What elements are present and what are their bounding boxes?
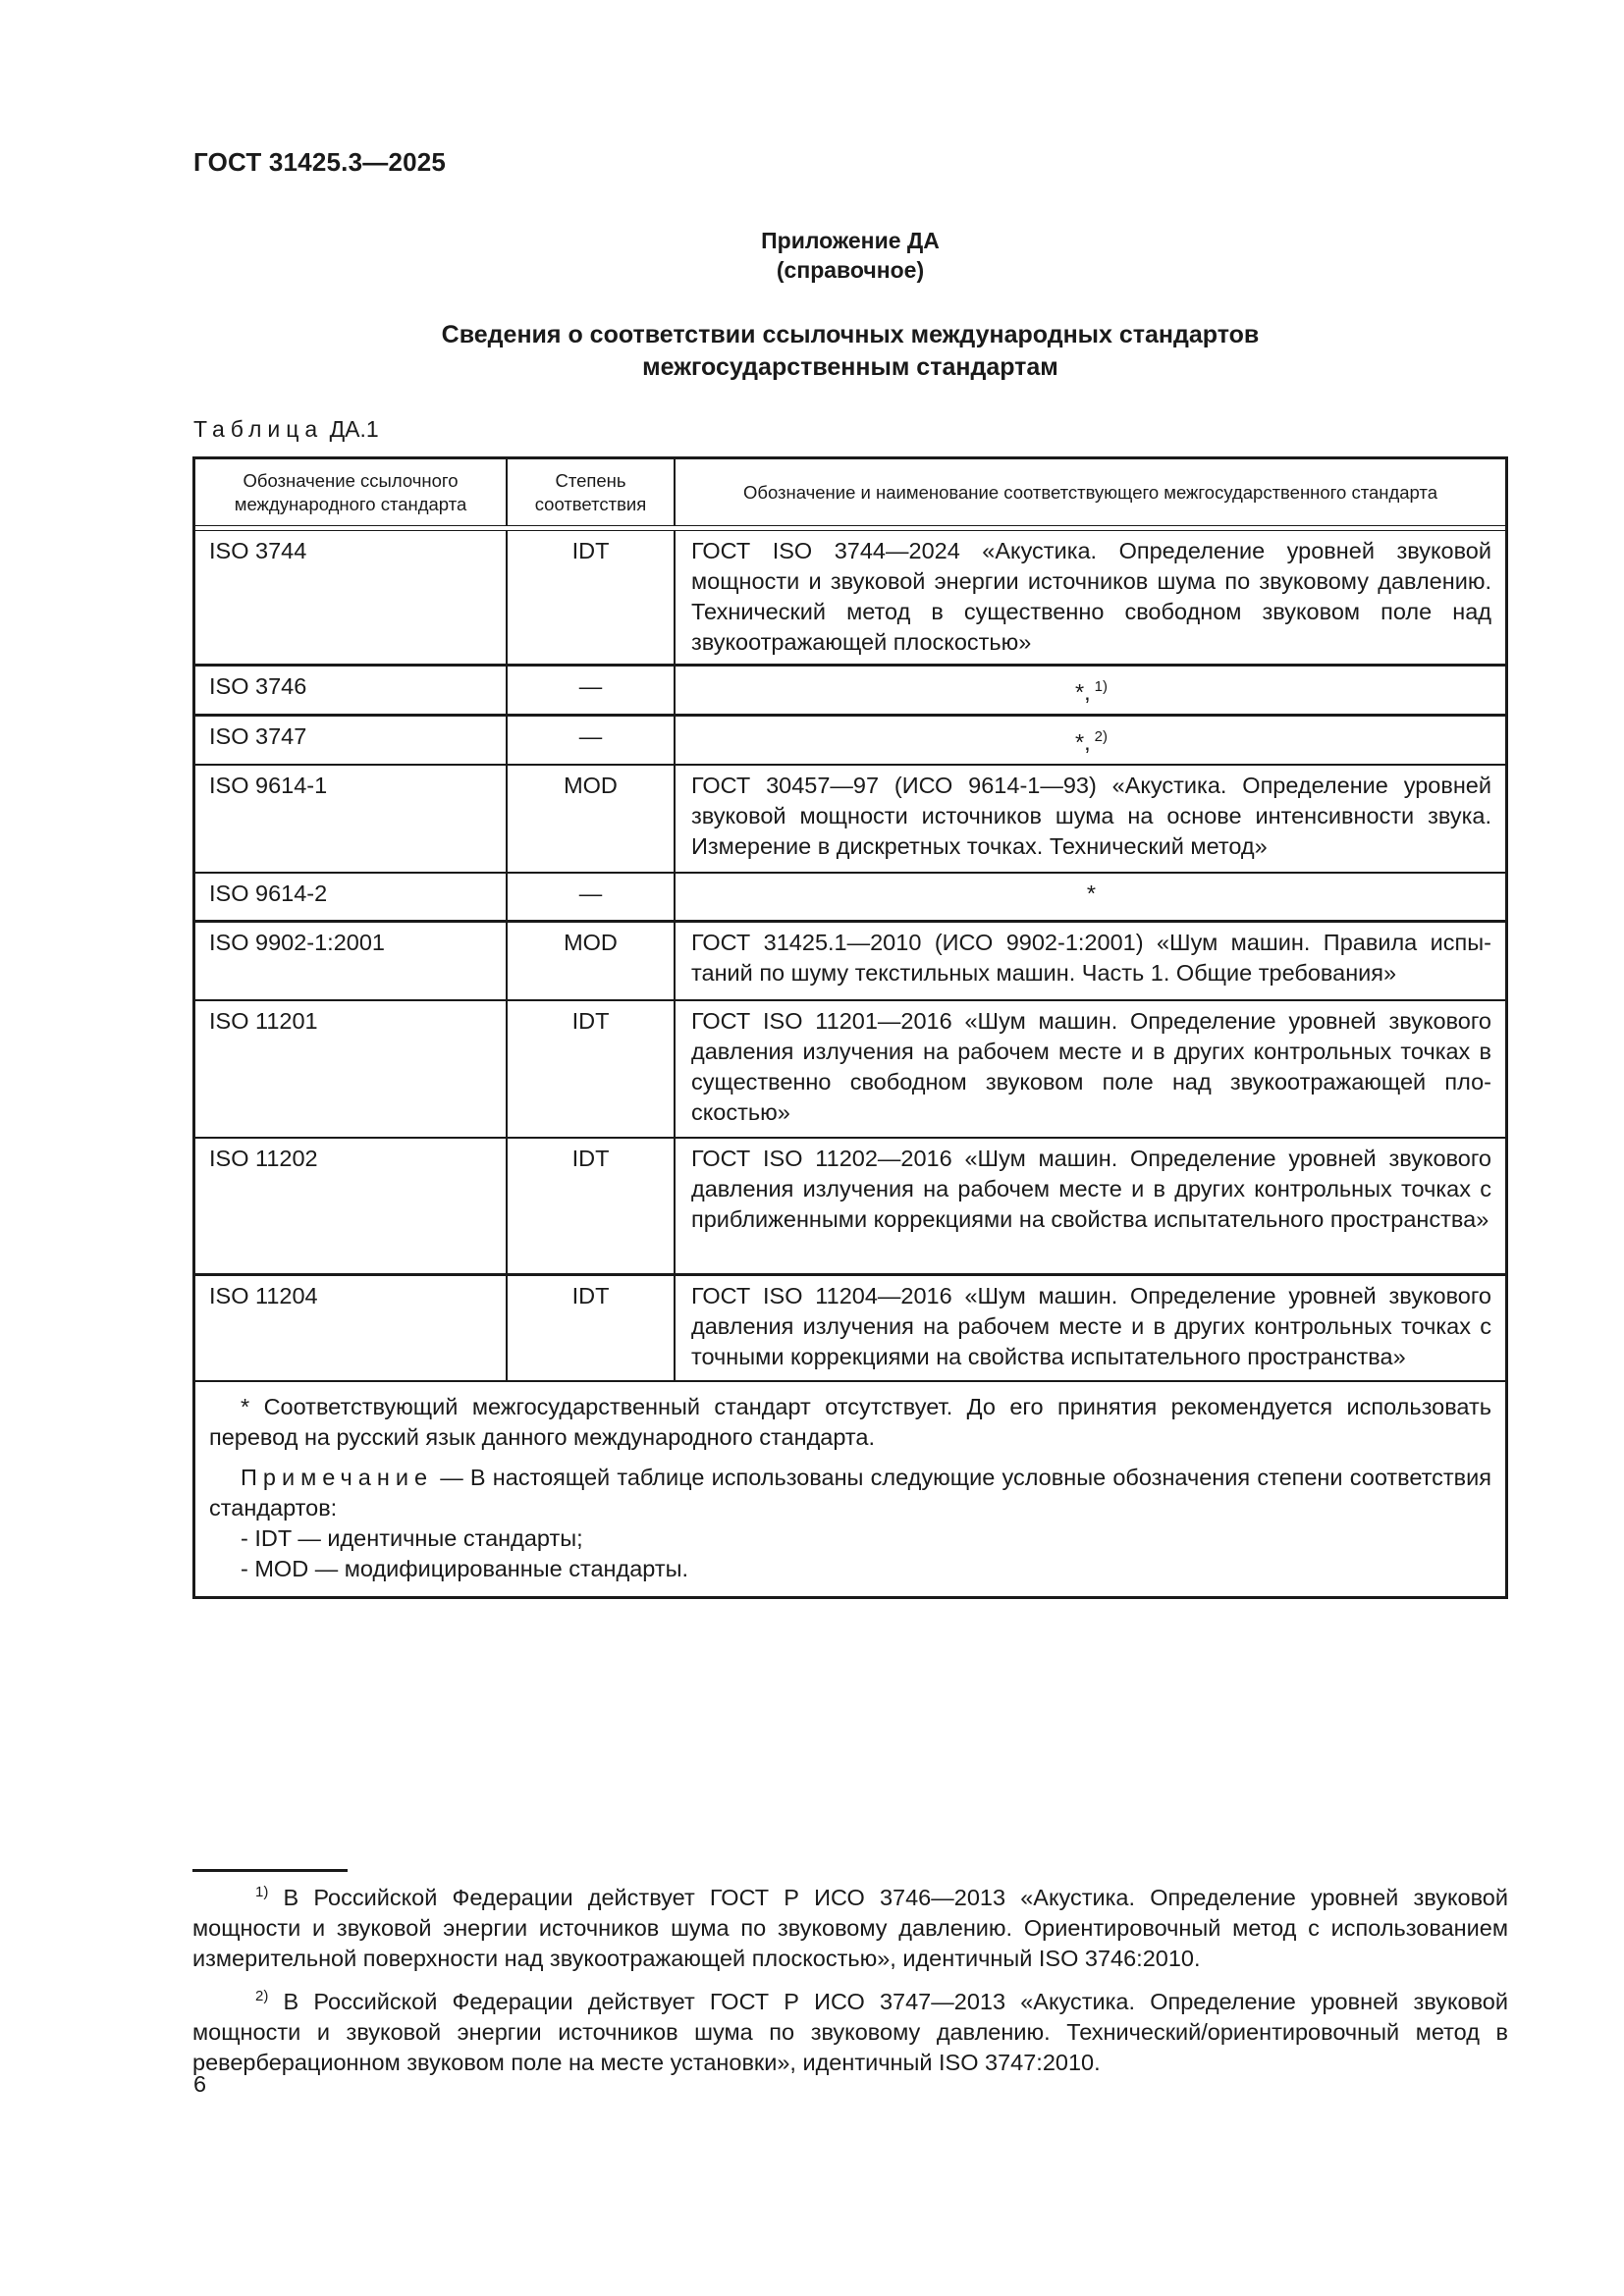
table-row: ISO 9614-2—* xyxy=(195,874,1505,923)
table-caption-word: Таблица xyxy=(193,416,323,442)
cell-national-standard: *,1) xyxy=(676,667,1505,714)
footnote-separator xyxy=(192,1869,348,1872)
title-line-2: межгосударственным стандартам xyxy=(192,351,1508,384)
correspondence-table: Обозначение ссылочного международного ст… xyxy=(192,456,1508,1599)
national-standard-text: *, xyxy=(1075,679,1091,705)
table-row: ISO 11202IDTГОСТ ISO 11202—2016 «Шум маш… xyxy=(195,1139,1505,1276)
table-row: ISO 3747—*,2) xyxy=(195,717,1505,766)
cell-intl-standard: ISO 11201 xyxy=(195,1001,508,1137)
footnote-ref[interactable]: 1) xyxy=(1095,678,1108,695)
note-label: Примечание xyxy=(241,1465,433,1490)
footnote-ref[interactable]: 2) xyxy=(1095,728,1108,745)
cell-degree: — xyxy=(508,667,676,714)
cell-intl-standard: ISO 11202 xyxy=(195,1139,508,1273)
title-line-1: Сведения о соответствии ссылочных междун… xyxy=(192,319,1508,351)
table-body: ISO 3744IDTГОСТ ISO 3744—2024 «Акустика.… xyxy=(195,531,1505,1382)
cell-intl-standard: ISO 9902-1:2001 xyxy=(195,923,508,999)
cell-national-standard: ГОСТ ISO 11202—2016 «Шум машин. Определе… xyxy=(676,1139,1505,1273)
cell-national-standard: *,2) xyxy=(676,717,1505,764)
table-row: ISO 9902-1:2001MODГОСТ 31425.1—2010 (ИСО… xyxy=(195,923,1505,1001)
table-row: ISO 9614-1MODГОСТ 30457—97 (ИСО 9614-1—9… xyxy=(195,766,1505,874)
cell-degree: IDT xyxy=(508,1001,676,1137)
table-caption: Таблица ДА.1 xyxy=(193,416,379,443)
cell-degree: MOD xyxy=(508,923,676,999)
cell-degree: IDT xyxy=(508,1139,676,1273)
footnote-2: 2) В Российской Федерации действует ГОСТ… xyxy=(192,1981,1508,2078)
header-intl-standard: Обозначение ссылочного международного ст… xyxy=(195,459,508,525)
cell-degree: IDT xyxy=(508,531,676,664)
table-notes: * Соответствующий межгосударственный ста… xyxy=(195,1382,1505,1596)
footnote-2-mark: 2) xyxy=(255,1988,268,2004)
annex-kind: (справочное) xyxy=(192,255,1508,285)
table-row: ISO 11201IDTГОСТ ISO 11201—2016 «Шум маш… xyxy=(195,1001,1505,1139)
cell-degree: MOD xyxy=(508,766,676,872)
cell-degree: IDT xyxy=(508,1276,676,1380)
cell-national-standard: ГОСТ ISO 3744—2024 «Акустика. Определени… xyxy=(676,531,1505,664)
national-standard-text: ГОСТ ISO 3744—2024 «Акустика. Определени… xyxy=(691,538,1491,655)
cell-intl-standard: ISO 3746 xyxy=(195,667,508,714)
cell-intl-standard: ISO 9614-1 xyxy=(195,766,508,872)
footnote-1: 1) В Российской Федерации действует ГОСТ… xyxy=(192,1877,1508,1974)
national-standard-text: ГОСТ ISO 11202—2016 «Шум машин. Определе… xyxy=(691,1146,1491,1232)
table-row: ISO 3746—*,1) xyxy=(195,667,1505,717)
header-degree: Степень соответствия xyxy=(508,459,676,525)
page-title: Сведения о соответствии ссылочных междун… xyxy=(192,319,1508,384)
note-paragraph: Примечание — В настоящей таблице использ… xyxy=(209,1463,1491,1523)
cell-intl-standard: ISO 11204 xyxy=(195,1276,508,1380)
legend-mod: - MOD — модифицированные стандарты. xyxy=(209,1554,1491,1584)
cell-intl-standard: ISO 9614-2 xyxy=(195,874,508,920)
header-national-standard: Обозначение и наименование соответствующ… xyxy=(676,459,1505,525)
cell-degree: — xyxy=(508,717,676,764)
national-standard-text: ГОСТ ISO 11201—2016 «Шум машин. Определе… xyxy=(691,1008,1491,1125)
footnote-1-text: В Российской Федерации действует ГОСТ Р … xyxy=(192,1885,1508,1971)
national-standard-text: ГОСТ ISO 11204—2016 «Шум машин. Определе… xyxy=(691,1283,1491,1369)
annex-label: Приложение ДА xyxy=(192,226,1508,255)
footnote-2-text: В Российской Федерации действует ГОСТ Р … xyxy=(192,1989,1508,2075)
national-standard-text: ГОСТ 30457—97 (ИСО 9614-1—93) «Акустика.… xyxy=(691,773,1491,859)
page-number: 6 xyxy=(193,2071,206,2098)
national-standard-text: ГОСТ 31425.1—2010 (ИСО 9902-1:2001) «Шум… xyxy=(691,930,1491,986)
table-row: ISO 3744IDTГОСТ ISO 3744—2024 «Акустика.… xyxy=(195,531,1505,667)
cell-national-standard: ГОСТ 30457—97 (ИСО 9614-1—93) «Акустика.… xyxy=(676,766,1505,872)
national-standard-text: *, xyxy=(1075,729,1091,755)
cell-intl-standard: ISO 3744 xyxy=(195,531,508,664)
cell-national-standard: * xyxy=(676,874,1505,920)
cell-national-standard: ГОСТ ISO 11201—2016 «Шум машин. Определе… xyxy=(676,1001,1505,1137)
footnote-1-mark: 1) xyxy=(255,1884,268,1900)
cell-national-standard: ГОСТ ISO 11204—2016 «Шум машин. Определе… xyxy=(676,1276,1505,1380)
asterisk-note: * Соответствующий межгосударственный ста… xyxy=(209,1392,1491,1453)
table-row: ISO 11204IDTГОСТ ISO 11204—2016 «Шум маш… xyxy=(195,1276,1505,1382)
document-code: ГОСТ 31425.3—2025 xyxy=(193,147,446,178)
table-caption-id: ДА.1 xyxy=(330,416,379,442)
national-standard-text: * xyxy=(1087,881,1096,906)
cell-degree: — xyxy=(508,874,676,920)
cell-national-standard: ГОСТ 31425.1—2010 (ИСО 9902-1:2001) «Шум… xyxy=(676,923,1505,999)
annex-heading: Приложение ДА (справочное) xyxy=(192,226,1508,285)
table-header-row: Обозначение ссылочного международного ст… xyxy=(195,459,1505,526)
legend-idt: - IDT — идентичные стандарты; xyxy=(209,1523,1491,1554)
cell-intl-standard: ISO 3747 xyxy=(195,717,508,764)
